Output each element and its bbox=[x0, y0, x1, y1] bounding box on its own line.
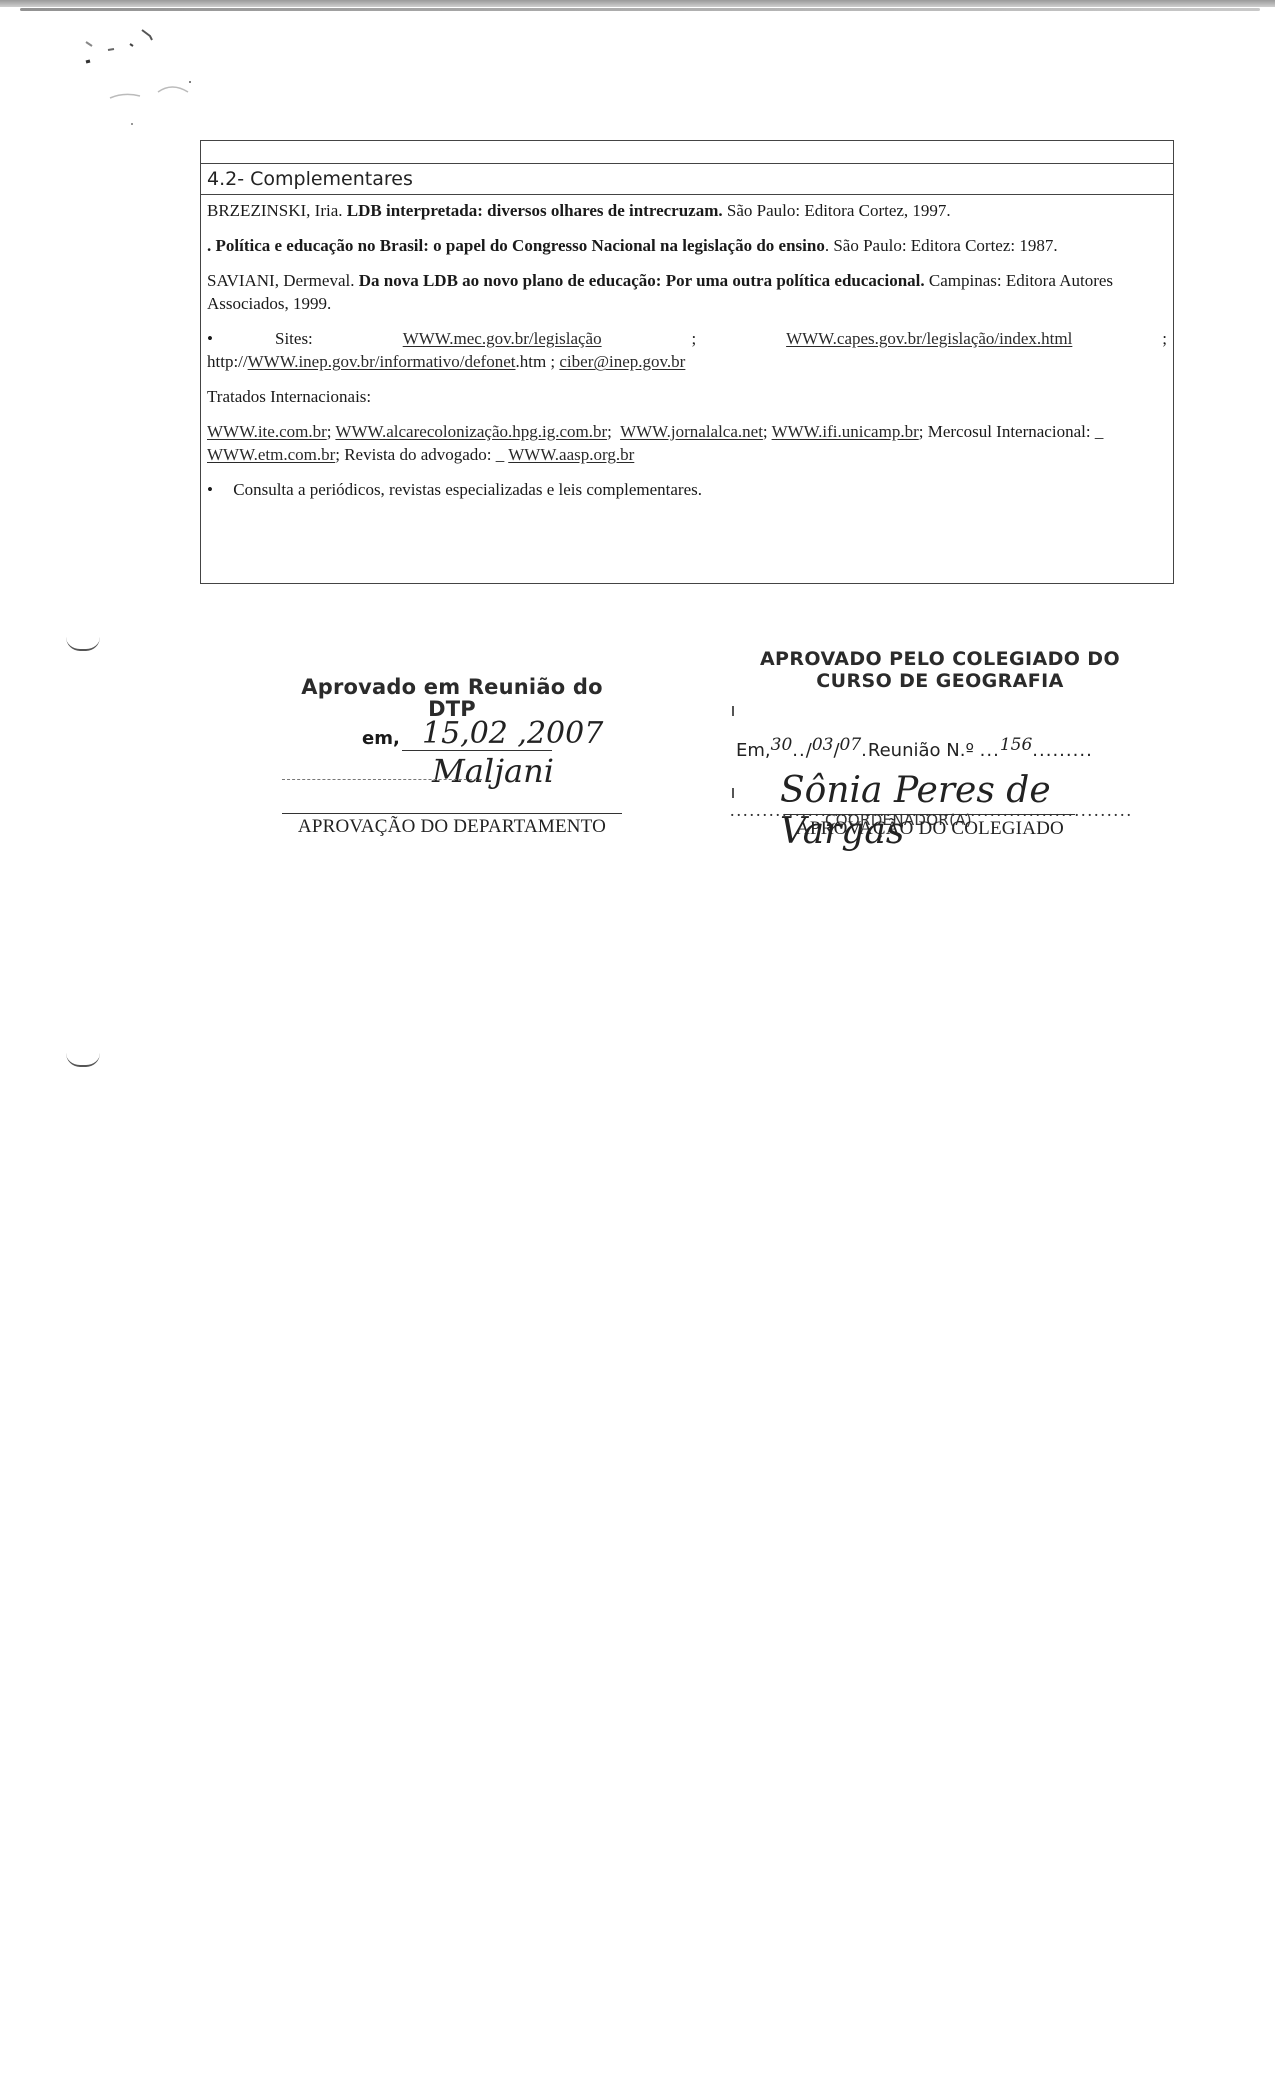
reference-item: . Política e educação no Brasil: o papel… bbox=[207, 234, 1167, 257]
bullet-icon: • bbox=[207, 327, 229, 350]
colegiado-date-line: Em,30../03/07.Reunião N.º ...156........… bbox=[736, 740, 1093, 761]
em-label: em, bbox=[362, 728, 400, 749]
link-alca[interactable]: WWW.alcarecolonização.hpg.ig.com.br bbox=[335, 422, 607, 441]
handwritten-month: 03 bbox=[812, 735, 834, 755]
department-approval-label: APROVAÇÃO DO DEPARTAMENTO bbox=[282, 816, 622, 838]
department-approval: Aprovado em Reunião do DTP em, 15,02 ,20… bbox=[282, 676, 622, 720]
stamp-tick-mark bbox=[732, 706, 734, 716]
department-signature: Maljani bbox=[432, 752, 554, 790]
handwritten-day: 30 bbox=[771, 735, 793, 755]
department-stamp: Aprovado em Reunião do DTP bbox=[282, 676, 622, 720]
link-mec[interactable]: WWW.mec.gov.br/legislação bbox=[403, 327, 602, 350]
link-capes[interactable]: WWW.capes.gov.br/legislação/index.html bbox=[786, 327, 1072, 350]
sites-label: Sites: bbox=[275, 329, 313, 348]
signature-dash-line bbox=[282, 779, 482, 780]
consulta-item: • Consulta a periódicos, revistas especi… bbox=[207, 478, 1167, 501]
link-ite[interactable]: WWW.ite.com.br bbox=[207, 422, 327, 441]
tratados-links: WWW.ite.com.br; WWW.alcarecolonização.hp… bbox=[207, 420, 1167, 466]
link-jornalalca[interactable]: WWW.jornalalca.net bbox=[620, 422, 763, 441]
colegiado-approval: APROVADO PELO COLEGIADO DO CURSO DE GEOG… bbox=[730, 648, 1150, 692]
stamp-tick-mark bbox=[732, 788, 734, 798]
reference-item: BRZEZINSKI, Iria. LDB interpretada: dive… bbox=[207, 199, 1167, 222]
colegiado-stamp: APROVADO PELO COLEGIADO DO CURSO DE GEOG… bbox=[730, 648, 1150, 692]
reference-title: LDB interpretada: diversos olhares de in… bbox=[347, 201, 723, 220]
link-etm[interactable]: WWW.etm.com.br bbox=[207, 445, 335, 464]
bibliography-box: 4.2- Complementares BRZEZINSKI, Iria. LD… bbox=[200, 140, 1174, 584]
empty-header-row bbox=[201, 141, 1173, 164]
date-underline bbox=[402, 750, 552, 751]
scan-specks bbox=[60, 20, 220, 130]
handwritten-date: 15,02 ,2007 bbox=[422, 716, 603, 751]
reference-title: Política e educação no Brasil: o papel d… bbox=[216, 236, 825, 255]
page-edge-shadow bbox=[20, 8, 1260, 11]
handwritten-year: 07 bbox=[840, 735, 862, 755]
bullet-icon: • bbox=[207, 478, 229, 501]
colegiado-approval-label: APROVAÇÃO DO COLEGIADO bbox=[770, 818, 1090, 840]
reference-title: Da nova LDB ao novo plano de educação: P… bbox=[359, 271, 925, 290]
handwritten-reuniao-number: 156 bbox=[1000, 735, 1032, 755]
scan-top-edge bbox=[0, 0, 1275, 7]
hole-punch-mark bbox=[66, 637, 100, 651]
link-aasp[interactable]: WWW.aasp.org.br bbox=[508, 445, 634, 464]
signature-line bbox=[282, 813, 622, 814]
link-ifi[interactable]: WWW.ifi.unicamp.br bbox=[772, 422, 919, 441]
reference-item: SAVIANI, Dermeval. Da nova LDB ao novo p… bbox=[207, 269, 1167, 315]
sites-list: •Sites: WWW.mec.gov.br/legislação ; WWW.… bbox=[207, 327, 1167, 373]
hole-punch-mark bbox=[66, 1053, 100, 1067]
email-ciber[interactable]: ciber@inep.gov.br bbox=[559, 352, 685, 371]
bibliography-content: BRZEZINSKI, Iria. LDB interpretada: dive… bbox=[201, 195, 1173, 501]
section-heading: 4.2- Complementares bbox=[201, 164, 1173, 195]
link-inep[interactable]: WWW.inep.gov.br/informativo/defonet bbox=[248, 352, 516, 371]
tratados-label: Tratados Internacionais: bbox=[207, 385, 1167, 408]
